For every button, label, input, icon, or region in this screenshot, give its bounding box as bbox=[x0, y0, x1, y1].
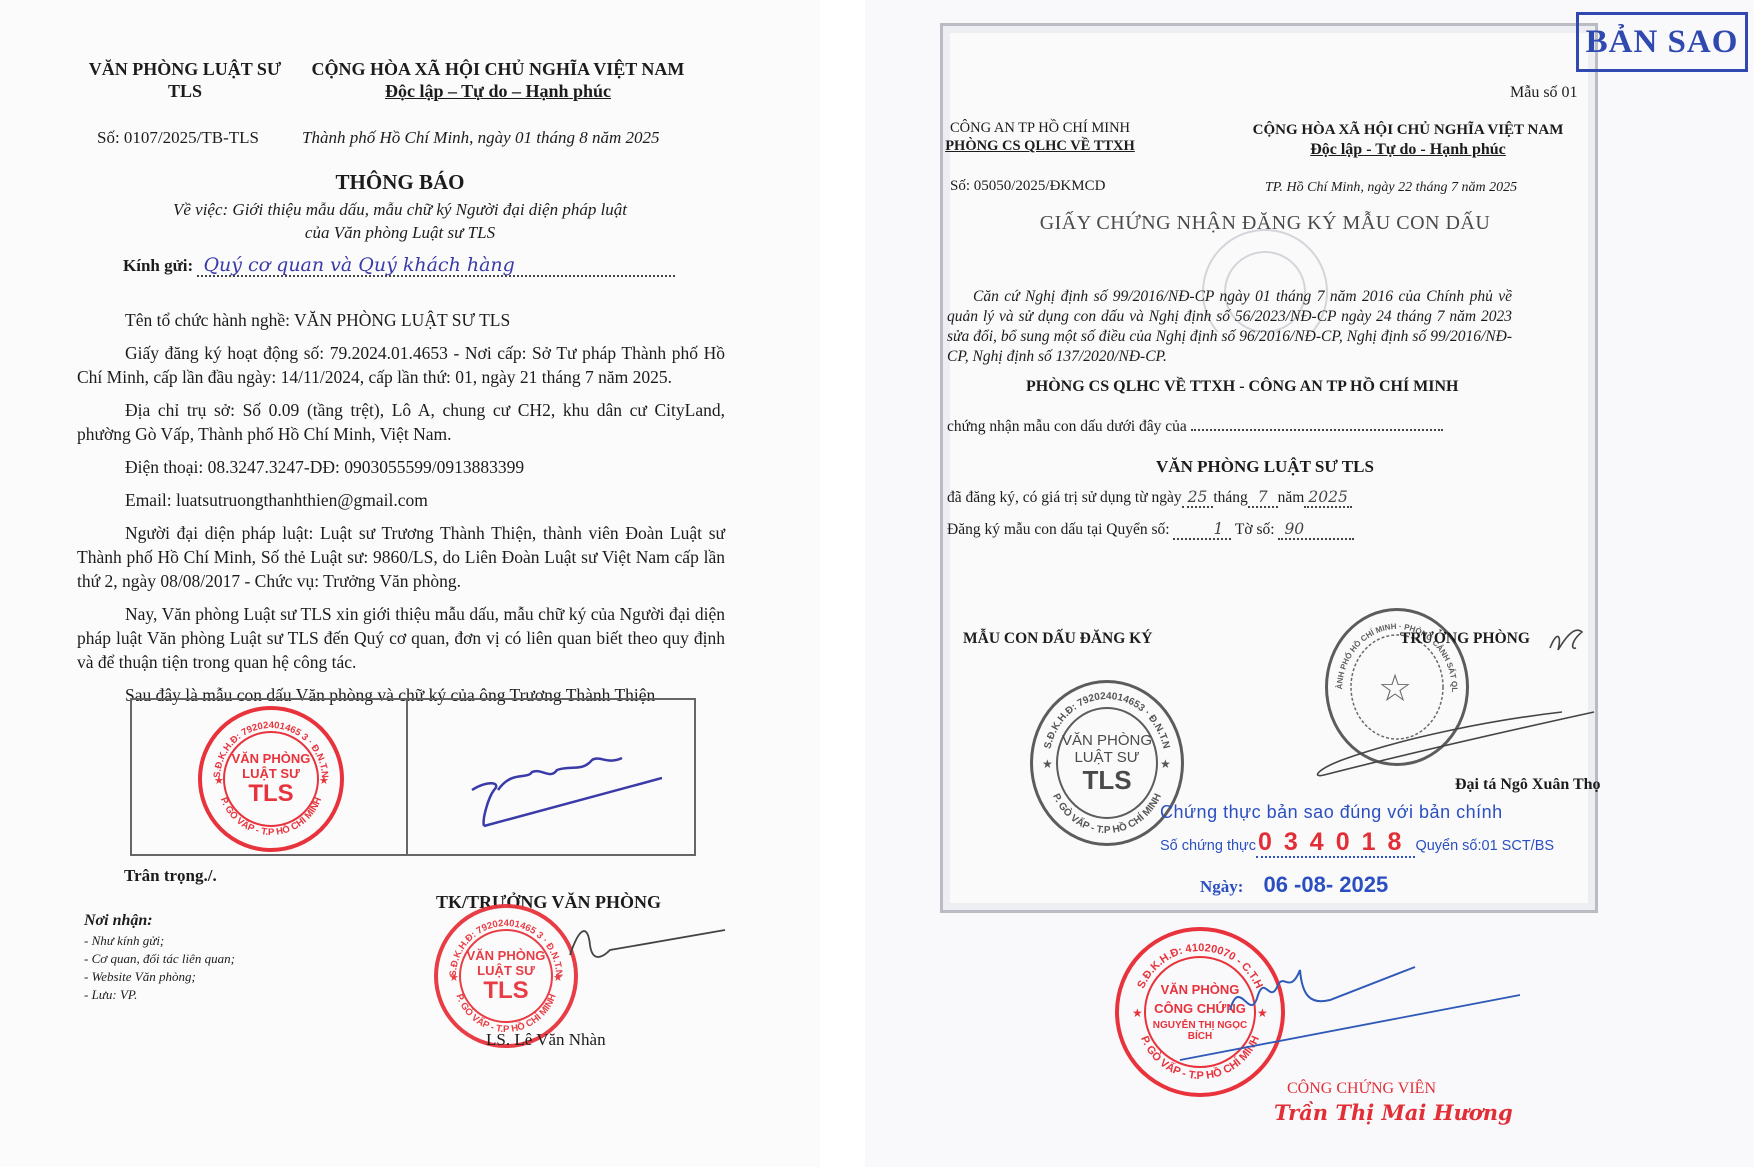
right-national-motto: Độc lập - Tự do - Hạnh phúc bbox=[1228, 140, 1588, 159]
right-national-header: CỘNG HÒA XÃ HỘI CHỦ NGHĨA VIỆT NAM Độc l… bbox=[1228, 121, 1588, 159]
paragraph-email: Email: luatsutruongthanhthien@gmail.com bbox=[77, 488, 725, 512]
office-stamp-signed: S.Đ.K.H.Đ: 79202401465 3 · Đ.N.T.N P. GÒ… bbox=[434, 904, 578, 1048]
certification-line: Chứng thực bản sao đúng với bản chính bbox=[1160, 802, 1503, 823]
recipient-label: Kính gửi: bbox=[123, 256, 193, 275]
svg-text:★: ★ bbox=[449, 972, 459, 984]
recipients-block: Nơi nhận: - Như kính gửi; - Cơ quan, đối… bbox=[84, 912, 235, 1004]
stamp-ring-text: S.Đ.K.H.Đ: 79202401465 3 · Đ.N.T.N P. GÒ… bbox=[202, 710, 340, 848]
recipient-line: Kính gửi: Quý cơ quan và Quý khách hàng bbox=[123, 254, 723, 276]
sheet-number: 90 bbox=[1284, 520, 1304, 538]
subject-line2: của Văn phòng Luật sư TLS bbox=[60, 221, 740, 244]
svg-text:S.Đ.K.H.Đ: 79202401465 3 · Đ.N: S.Đ.K.H.Đ: 79202401465 3 · Đ.N.T.N bbox=[212, 720, 330, 779]
right-national-title: CỘNG HÒA XÃ HỘI CHỦ NGHĨA VIỆT NAM bbox=[1228, 121, 1588, 140]
paragraph-address: Địa chỉ trụ sở: Số 0.09 (tầng trệt), Lô … bbox=[77, 398, 725, 446]
document-subject: Về việc: Giới thiệu mẫu dấu, mẫu chữ ký … bbox=[60, 198, 740, 244]
stamp-ring-text: S.Đ.K.H.Đ: 792024014653 · Đ.N.T.N P. GÒ … bbox=[1033, 683, 1181, 843]
paragraph-phone: Điện thoại: 08.3247.3247-DĐ: 0903055599/… bbox=[77, 455, 725, 479]
certification-date-line: Ngày: 06 -08- 2025 bbox=[1200, 872, 1388, 898]
recipient-handwritten: Quý cơ quan và Quý khách hàng bbox=[203, 254, 514, 276]
paragraph-org-name: Tên tổ chức hành nghề: VĂN PHÒNG LUẬT SƯ… bbox=[77, 308, 725, 332]
copy-stamp: BẢN SAO bbox=[1576, 12, 1748, 72]
registered-org-name: VĂN PHÒNG LUẬT SƯ TLS bbox=[945, 457, 1585, 477]
certify-text: chứng nhận mẫu con dấu dưới đây của bbox=[947, 418, 1187, 435]
signer-name: LS. Lê Văn Nhàn bbox=[486, 1030, 606, 1050]
validity-prefix: đã đăng ký, có giá trị sử dụng từ ngày bbox=[947, 489, 1182, 506]
notary-title: CÔNG CHỨNG VIÊN bbox=[1287, 1080, 1436, 1098]
recipient-item: - Lưu: VP. bbox=[84, 986, 235, 1004]
certificate-place-date: TP. Hồ Chí Minh, ngày 22 tháng 7 năm 202… bbox=[1265, 180, 1517, 196]
svg-text:★: ★ bbox=[1042, 757, 1053, 771]
notary-name: Trần Thị Mai Hương bbox=[1274, 1100, 1513, 1125]
certificate-title: GIẤY CHỨNG NHẬN ĐĂNG KÝ MẪU CON DẤU bbox=[945, 212, 1585, 235]
issuing-org-line2: TLS bbox=[80, 80, 290, 102]
stamp-section-label: MẪU CON DẤU ĐĂNG KÝ bbox=[963, 630, 1152, 648]
svg-text:P. GÒ VẤP - T.P HỒ CHÍ MINH: P. GÒ VẤP - T.P HỒ CHÍ MINH bbox=[218, 796, 324, 838]
recipients-title: Nơi nhận: bbox=[84, 912, 235, 930]
valid-month-label: tháng bbox=[1213, 489, 1247, 506]
signer-signature bbox=[560, 915, 730, 975]
legal-rep-signature bbox=[432, 720, 662, 830]
valid-day: 25 bbox=[1188, 488, 1208, 506]
sample-table: S.Đ.K.H.Đ: 79202401465 3 · Đ.N.T.N P. GÒ… bbox=[130, 698, 696, 856]
issuing-department: PHÒNG CS QLHC VỀ TTXH - CÔNG AN TP HỒ CH… bbox=[1026, 378, 1459, 396]
stamp-ring-text: S.Đ.K.H.Đ: 79202401465 3 · Đ.N.T.N P. GÒ… bbox=[438, 908, 574, 1044]
issuing-org-line1: VĂN PHÒNG LUẬT SƯ bbox=[80, 58, 290, 80]
certification-date: 06 -08- 2025 bbox=[1263, 872, 1388, 897]
paragraph-registration: Giấy đăng ký hoạt động số: 79.2024.01.46… bbox=[77, 341, 725, 389]
svg-text:S.Đ.K.H.Đ: 79202401465 3 · Đ.N: S.Đ.K.H.Đ: 79202401465 3 · Đ.N.T.N bbox=[448, 918, 564, 977]
form-number: Mẫu số 01 bbox=[1510, 84, 1578, 102]
certification-date-label: Ngày: bbox=[1200, 877, 1243, 896]
valid-year: 2025 bbox=[1308, 488, 1347, 506]
agency-line1: CÔNG AN TP HỒ CHÍ MINH bbox=[930, 119, 1150, 137]
certification-number-label: Số chứng thực bbox=[1160, 838, 1256, 854]
certification-number: 034018 bbox=[1256, 828, 1415, 858]
national-header: CỘNG HÒA XÃ HỘI CHỦ NGHĨA VIỆT NAM Độc l… bbox=[298, 58, 698, 102]
certificate-number: Số: 05050/2025/ĐKMCD bbox=[950, 178, 1105, 195]
paragraph-introduction: Nay, Văn phòng Luật sư TLS xin giới thiệ… bbox=[77, 602, 725, 674]
recipient-item: - Website Văn phòng; bbox=[84, 968, 235, 986]
certification-book: Quyển số:01 SCT/BS bbox=[1415, 838, 1554, 854]
subject-line1: Về việc: Giới thiệu mẫu dấu, mẫu chữ ký … bbox=[60, 198, 740, 221]
book-number: 1 bbox=[1213, 520, 1223, 538]
sample-table-divider bbox=[406, 700, 408, 854]
document-title: THÔNG BÁO bbox=[60, 170, 740, 195]
svg-text:★: ★ bbox=[1132, 1006, 1143, 1020]
validity-line: đã đăng ký, có giá trị sử dụng từ ngày25… bbox=[947, 488, 1352, 507]
svg-text:S.Đ.K.H.Đ: 792024014653 · Đ.N.: S.Đ.K.H.Đ: 792024014653 · Đ.N.T.N bbox=[1043, 691, 1172, 750]
agency-line2: PHÒNG CS QLHC VỀ TTXH bbox=[930, 137, 1150, 155]
svg-text:★: ★ bbox=[1160, 757, 1171, 771]
paragraph-legal-rep: Người đại diện pháp luật: Luật sư Trương… bbox=[77, 521, 725, 593]
issuing-org: VĂN PHÒNG LUẬT SƯ TLS bbox=[80, 58, 290, 102]
register-prefix: Đăng ký mẫu con dấu tại Quyển số: bbox=[947, 521, 1170, 538]
recipient-item: - Cơ quan, đối tác liên quan; bbox=[84, 950, 235, 968]
body-paragraphs: Tên tổ chức hành nghề: VĂN PHÒNG LUẬT SƯ… bbox=[77, 308, 725, 707]
closing-text: Trân trọng./. bbox=[124, 866, 217, 886]
certify-line: chứng nhận mẫu con dấu dưới đây của bbox=[947, 418, 1443, 436]
sheet-label: Tờ số: bbox=[1235, 521, 1275, 538]
valid-year-label: năm bbox=[1278, 489, 1305, 506]
svg-text:P. GÒ VẤP - T.P HỒ CHÍ MINH: P. GÒ VẤP - T.P HỒ CHÍ MINH bbox=[1050, 792, 1164, 836]
recipient-item: - Như kính gửi; bbox=[84, 932, 235, 950]
svg-text:P. GÒ VẤP - T.P HỒ CHÍ MINH: P. GÒ VẤP - T.P HỒ CHÍ MINH bbox=[453, 992, 558, 1035]
svg-text:★: ★ bbox=[319, 775, 329, 787]
office-stamp-sample: S.Đ.K.H.Đ: 79202401465 3 · Đ.N.T.N P. GÒ… bbox=[198, 706, 344, 852]
chief-name: Đại tá Ngô Xuân Thọ bbox=[1455, 776, 1601, 794]
agency-header: CÔNG AN TP HỒ CHÍ MINH PHÒNG CS QLHC VỀ … bbox=[930, 119, 1150, 155]
certification-number-line: Số chứng thực034018Quyển số:01 SCT/BS bbox=[1160, 828, 1554, 857]
register-line: Đăng ký mẫu con dấu tại Quyển số: 1 Tờ s… bbox=[947, 520, 1354, 539]
svg-text:★: ★ bbox=[214, 775, 224, 787]
national-title: CỘNG HÒA XÃ HỘI CHỦ NGHĨA VIỆT NAM bbox=[298, 58, 698, 80]
national-motto: Độc lập – Tự do – Hạnh phúc bbox=[298, 80, 698, 102]
place-date: Thành phố Hồ Chí Minh, ngày 01 tháng 8 n… bbox=[302, 128, 659, 148]
document-number: Số: 0107/2025/TB-TLS bbox=[97, 128, 259, 148]
left-document-page: VĂN PHÒNG LUẬT SƯ TLS CỘNG HÒA XÃ HỘI CH… bbox=[0, 0, 820, 1167]
chief-signature bbox=[1312, 620, 1597, 780]
notary-signature bbox=[1160, 955, 1530, 1065]
valid-month: 7 bbox=[1258, 488, 1268, 506]
legal-basis: Căn cứ Nghị định số 99/2016/NĐ-CP ngày 0… bbox=[947, 287, 1512, 367]
